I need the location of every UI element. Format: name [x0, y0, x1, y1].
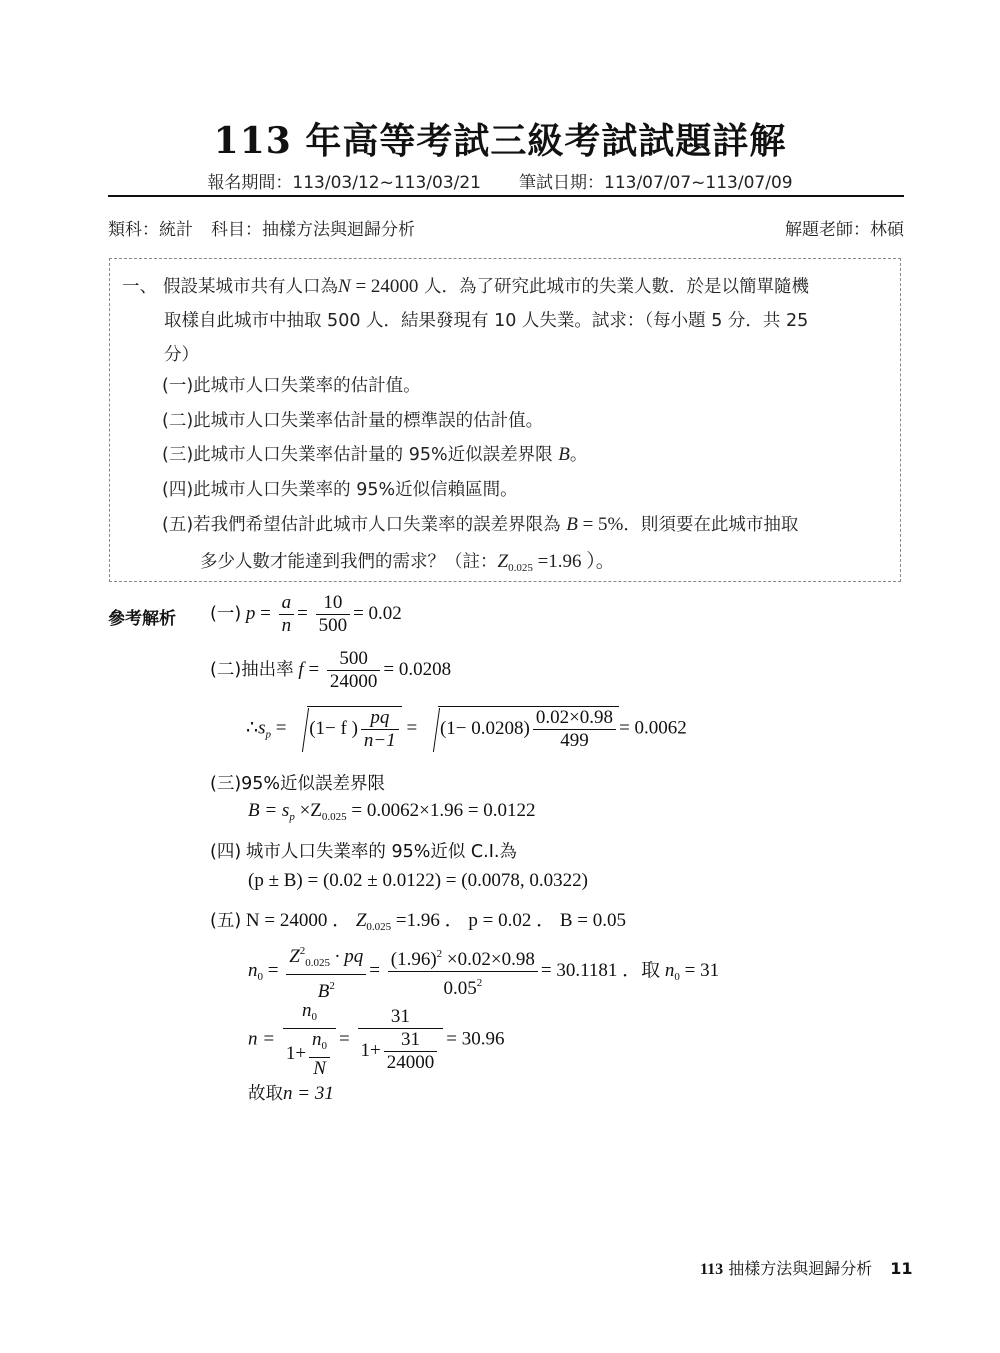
fraction: an	[279, 592, 295, 637]
question-part-1: (一)此城市人口失業率的估計值。	[162, 372, 421, 397]
teacher: 解題老師：林碩	[785, 215, 904, 240]
registration-value: 113/03/12~113/03/21	[292, 173, 481, 193]
footer-subject: 抽樣方法與迴歸分析	[723, 1259, 872, 1278]
page-footer: 113 抽樣方法與迴歸分析11	[700, 1256, 912, 1279]
answer-label: 參考解析	[108, 604, 176, 629]
answer-part-5-n: n = n01+n0N= 311+3124000= 30.96	[248, 1000, 504, 1080]
header-divider	[108, 195, 904, 197]
question-number: 一、	[122, 277, 157, 297]
page-number: 11	[890, 1259, 912, 1278]
answer-part-5-final: 故取n = 31	[248, 1080, 334, 1105]
answer-part-5-n0: n0 = Z20.025 · pqB2= (1.96)2 ×0.02×0.980…	[248, 940, 719, 1003]
question-part-4: (四)此城市人口失業率的 95%近似信賴區間。	[162, 476, 518, 501]
footer-year: 113	[700, 1261, 723, 1278]
question-part-5-line-2: 多少人數才能達到我們的需求？（註：Z0.025 =1.96 ）。	[200, 546, 615, 574]
fraction: Z20.025 · pqB2	[286, 940, 366, 1003]
category: 類科：統計	[108, 220, 193, 240]
fraction: n01+n0N	[283, 1000, 336, 1080]
question-line-3: 分）	[164, 341, 199, 366]
answer-part-2-line-1: (二)抽出率 f = 50024000= 0.0208	[210, 648, 451, 693]
answer-part-2-line-2: ∴sp = (1− f )pqn−1 = (1− 0.0208)0.02×0.9…	[246, 706, 687, 752]
answer-part-4-line-1: (四) 城市人口失業率的 95%近似 C.I.為	[210, 838, 517, 863]
exam-dates: 報名期間：113/03/12~113/03/21筆試日期：113/07/07~1…	[0, 168, 1000, 193]
exam-label: 筆試日期：	[519, 173, 604, 193]
fraction: 10500	[316, 592, 351, 637]
square-root: (1− f )pqn−1	[291, 706, 402, 752]
square-root: (1− 0.0208)0.02×0.98499	[422, 706, 619, 752]
page-title: 113 年高等考試三級考試試題詳解	[0, 113, 1000, 164]
question-part-2: (二)此城市人口失業率估計量的標準誤的估計值。	[162, 407, 543, 432]
answer-part-3-line-1: (三)95%近似誤差界限	[210, 770, 385, 795]
answer-part-4-line-2: (p ± B) = (0.02 ± 0.0122) = (0.0078, 0.0…	[248, 870, 588, 892]
exam-meta: 類科：統計科目：抽樣方法與迴歸分析	[108, 215, 415, 240]
question-part-5: (五)若我們希望估計此城市人口失業率的誤差界限為 B = 5%．則須要在此城市抽…	[162, 511, 798, 536]
fraction: 50024000	[327, 648, 381, 693]
fraction: (1.96)2 ×0.02×0.980.052	[388, 943, 538, 1000]
question-line-1: 一、假設某城市共有人口為N = 24000 人．為了研究此城市的失業人數．於是以…	[122, 273, 809, 298]
question-part-3: (三)此城市人口失業率估計量的 95%近似誤差界限 B。	[162, 441, 587, 466]
answer-part-5-givens: (五) N = 24000 ． Z0.025 =1.96 ． p = 0.02 …	[210, 905, 626, 933]
answer-part-1: (一) p = an= 10500= 0.02	[210, 592, 402, 637]
registration-label: 報名期間：	[207, 173, 292, 193]
exam-value: 113/07/07~113/07/09	[604, 173, 793, 193]
question-line-2: 取樣自此城市中抽取 500 人．結果發現有 10 人失業。試求：（每小題 5 分…	[164, 307, 808, 332]
subject: 科目：抽樣方法與迴歸分析	[211, 220, 415, 240]
answer-part-3-line-2: B = sp ×Z0.025 = 0.0062×1.96 = 0.0122	[248, 800, 536, 823]
fraction: 311+3124000	[358, 1006, 444, 1074]
